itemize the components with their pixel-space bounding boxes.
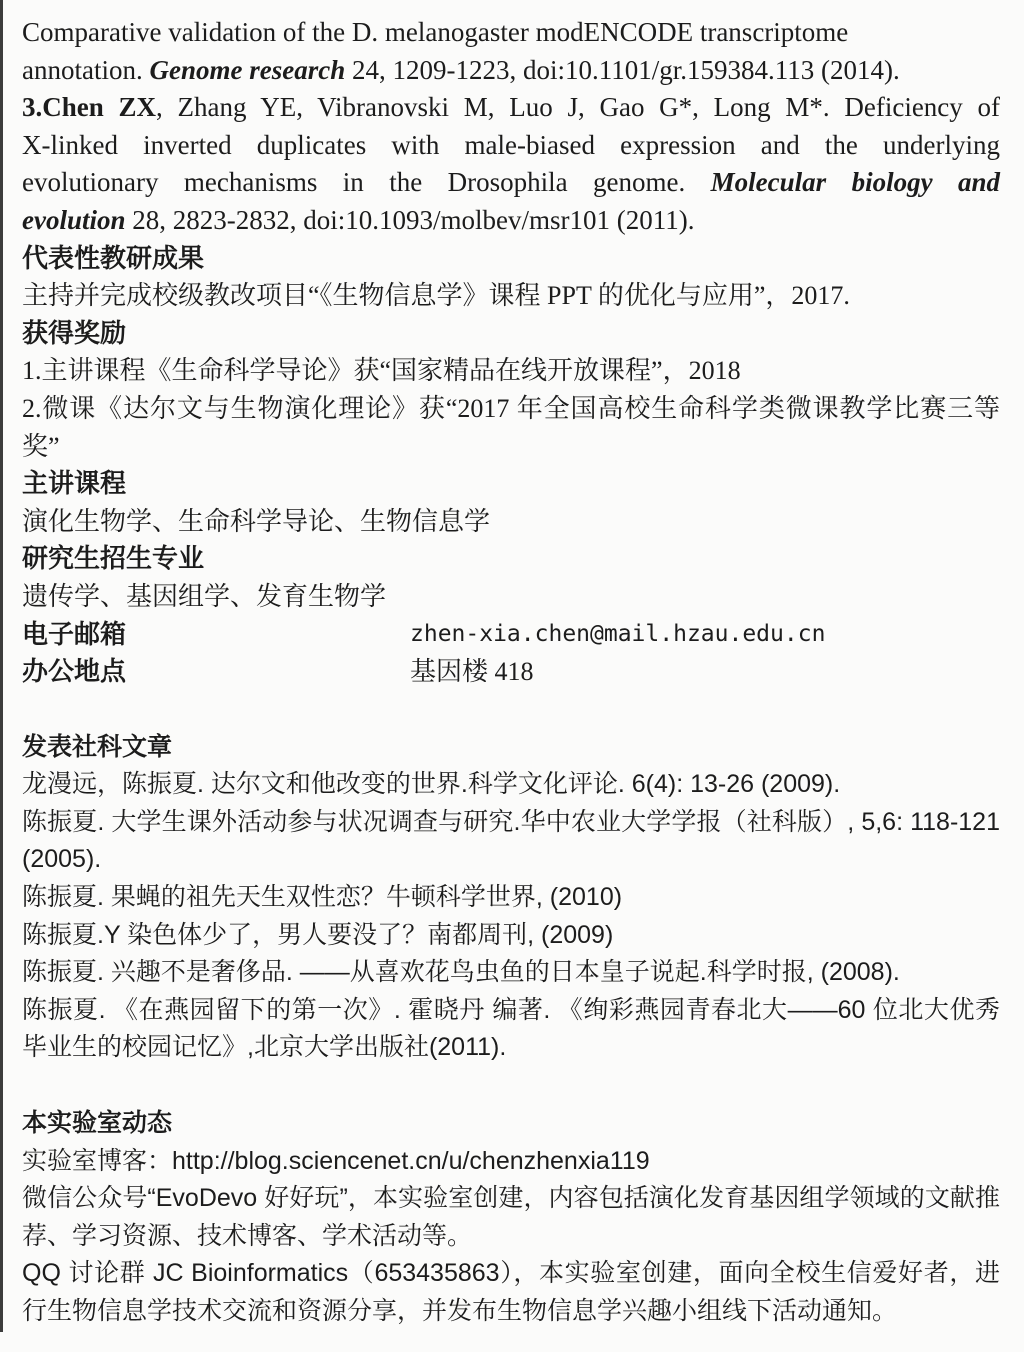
publication-line: evolutionary mechanisms in the Drosophil… <box>22 164 1000 202</box>
text-run: evolutionary mechanisms in the Drosophil… <box>22 167 711 197</box>
section-heading-lab-news: 本实验室动态 <box>22 1105 1000 1143</box>
social-article: 龙漫远，陈振夏. 达尔文和他改变的世界.科学文化评论. 6(4): 13-26 … <box>22 766 1000 804</box>
section-heading-social-articles: 发表社科文章 <box>22 729 1000 767</box>
lab-news-item-wechat: 微信公众号“EvoDevo 好好玩”，本实验室创建，内容包括演化发育基因组学领域… <box>22 1180 1000 1255</box>
text-run: 3.Chen ZX <box>22 92 156 122</box>
section-spacer <box>22 691 1000 729</box>
publication-line: annotation. Genome research 24, 1209-122… <box>22 52 1000 90</box>
social-article: 陈振夏. 《在燕园留下的第一次》. 霍晓丹 编著. 《绚彩燕园青春北大——60 … <box>22 992 1000 1067</box>
publication-line: 3.Chen ZX, Zhang YE, Vibranovski M, Luo … <box>22 89 1000 127</box>
award-item: 2.微课《达尔文与生物演化理论》获“2017 年全国高校生命科学类微课教学比赛三… <box>22 390 1000 465</box>
contact-label-office: 办公地点 <box>22 653 410 691</box>
scan-edge-artifact <box>0 0 3 1332</box>
social-article: 陈振夏. 兴趣不是奢侈品. ——从喜欢花鸟虫鱼的日本皇子说起.科学时报, (20… <box>22 954 1000 992</box>
courses-list: 演化生物学、生命科学导论、生物信息学 <box>22 503 1000 541</box>
lab-news-item-blog-url: 实验室博客：http://blog.sciencenet.cn/u/chenzh… <box>22 1143 1000 1181</box>
text-run: X-linked inverted duplicates with male-b… <box>22 130 1000 160</box>
social-article: 陈振夏. 大学生课外活动参与状况调查与研究.华中农业大学学报（社科版）, 5,6… <box>22 804 1000 879</box>
text-run: evolution <box>22 205 126 235</box>
contact-row-office: 办公地点 基因楼 418 <box>22 653 1000 691</box>
text-run: 28, 2823-2832, doi:10.1093/molbev/msr101… <box>126 205 695 235</box>
contact-value-email: zhen-xia.chen@mail.hzau.edu.cn <box>410 616 825 654</box>
lab-news-item-qq-group: QQ 讨论群 JC Bioinformatics（653435863），本实验室… <box>22 1255 1000 1330</box>
text-run: 24, 1209-1223, doi:10.1101/gr.159384.113… <box>345 55 899 85</box>
social-article: 陈振夏. 果蝇的祖先天生双性恋？牛顿科学世界, (2010) <box>22 879 1000 917</box>
graduate-majors-list: 遗传学、基因组学、发育生物学 <box>22 578 1000 616</box>
publication-line: X-linked inverted duplicates with male-b… <box>22 127 1000 165</box>
publication-line: Comparative validation of the D. melanog… <box>22 14 1000 52</box>
section-heading-awards: 获得奖励 <box>22 315 1000 353</box>
contact-row-email: 电子邮箱 zhen-xia.chen@mail.hzau.edu.cn <box>22 616 1000 654</box>
section-heading-graduate-majors: 研究生招生专业 <box>22 540 1000 578</box>
contact-label-email: 电子邮箱 <box>22 616 410 654</box>
document-page: Comparative validation of the D. melanog… <box>22 14 1000 1331</box>
section-heading-teaching: 代表性教研成果 <box>22 240 1000 278</box>
section-spacer <box>22 1067 1000 1105</box>
award-item: 1.主讲课程《生命科学导论》获“国家精品在线开放课程”，2018 <box>22 352 1000 390</box>
text-run: Molecular biology and <box>711 167 1000 197</box>
publication-line: evolution 28, 2823-2832, doi:10.1093/mol… <box>22 202 1000 240</box>
contact-value-office: 基因楼 418 <box>410 653 534 691</box>
text-run: Comparative validation of the D. melanog… <box>22 17 848 47</box>
social-article: 陈振夏.Y 染色体少了，男人要没了？南都周刊, (2009) <box>22 917 1000 955</box>
text-run: , Zhang YE, Vibranovski M, Luo J, Gao G*… <box>156 92 1000 122</box>
section-heading-courses: 主讲课程 <box>22 465 1000 503</box>
text-run: annotation. <box>22 55 149 85</box>
text-run: Genome research <box>149 55 345 85</box>
teaching-achievement-text: 主持并完成校级教改项目“《生物信息学》课程 PPT 的优化与应用”，2017. <box>22 277 1000 315</box>
